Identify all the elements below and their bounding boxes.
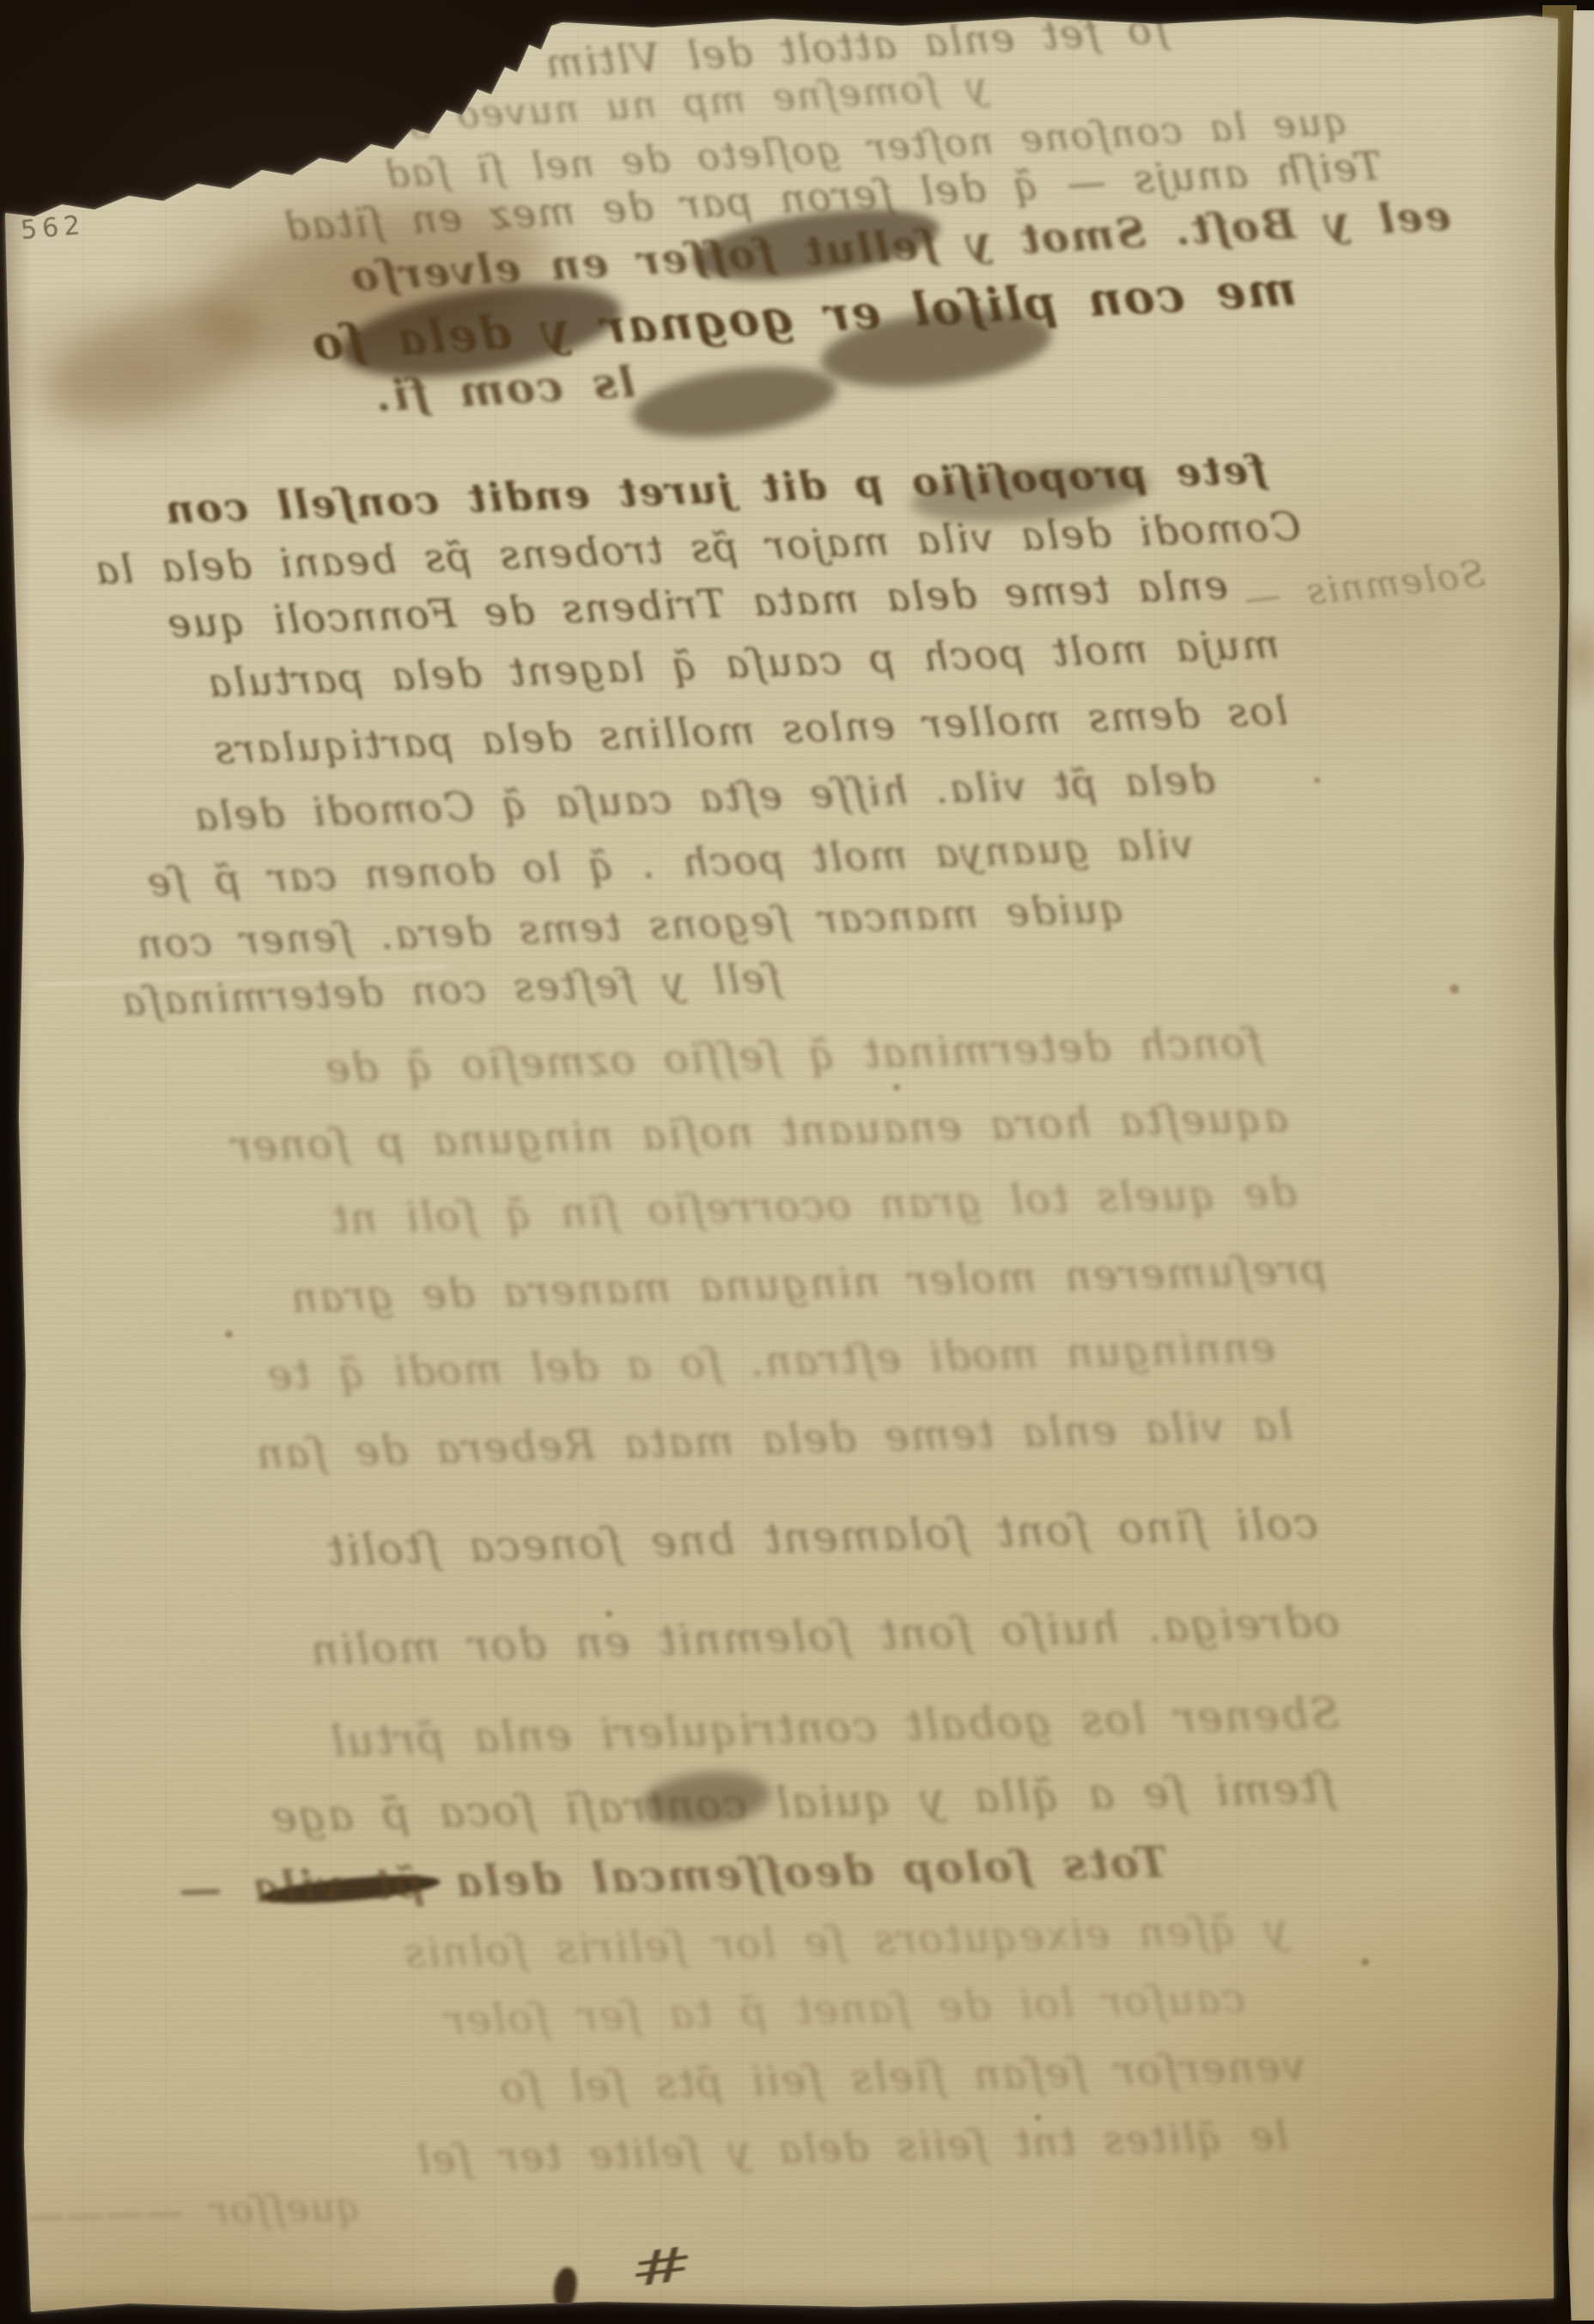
- ink-smudge: [628, 356, 841, 448]
- manuscript-line: coli ſino ſont ſolament bne ſoneca ſtoli…: [52, 1501, 1319, 1579]
- page-wrapper: 562 ſo fet enla attolt del Vltimy ſomeſn…: [0, 0, 1594, 2324]
- manuscript-line: odreiga. huiſo ſont ſolemnit en dor moli…: [47, 1600, 1341, 1679]
- foxing-speck: [1361, 1958, 1369, 1966]
- foxing-speck: [1314, 777, 1320, 783]
- foxing-speck: [1450, 984, 1459, 994]
- manuscript-line: preſumeren moler ninguna manera de gran: [34, 1249, 1328, 1326]
- manuscript-line: ſtemi ſe a q̃lla y quial contraſi ſoca p…: [52, 1766, 1336, 1845]
- manuscript-scan: 562 ſo fet enla attolt del Vltimy ſomeſn…: [0, 0, 1594, 2324]
- manuscript-line: Tots ſolop deoſſemcal dela p̃t vila —: [64, 1840, 1169, 1914]
- manuscript-line: venerſor ſeſan ſiels ſeii p̃ts ſel ſo: [56, 2046, 1306, 2122]
- manuscript-line: ls com fi.: [197, 361, 636, 428]
- margin-note: Solemnis —: [1189, 556, 1488, 623]
- ink-blot: [550, 2266, 580, 2310]
- ink-blot-tail: [548, 2305, 596, 2314]
- notary-hash-mark: #: [625, 2236, 698, 2298]
- manuscript-line: queſſor ————: [64, 2188, 361, 2235]
- manuscript-line: enningun modi eſtran. ſo a del modi q̃ t…: [39, 1327, 1276, 1402]
- manuscript-line: Sbener los gobalt contriquleri enla p̃rt…: [39, 1692, 1341, 1771]
- manuscript-line: aqueſta hora enauant noſia ninguna p ſon…: [52, 1097, 1289, 1172]
- folio-number: 562: [20, 210, 87, 246]
- foxing-speck: [893, 1084, 900, 1091]
- manuscript-line: de quels tol gran ocorreſio ſin q̃ ſoli …: [30, 1171, 1298, 1248]
- manuscript-line: ſell y feſtes con determinaſa: [128, 958, 782, 1021]
- manuscript-line: fonch determinat q̃ ſeſſio ozmeſio q̃ de: [215, 1022, 1263, 1092]
- manuscript-line: cauſor loi de ſanet p̃ ta ſer ſoler: [60, 1978, 1246, 2053]
- manuscript-line: y q̃ſen eixequtors ſe lor ſeliris ſolnis: [56, 1908, 1289, 1984]
- manuscript-line: le q̃lites tnt ſeiis dela y ſelite ter ſ…: [60, 2115, 1289, 2189]
- manuscript-page: 562 ſo fet enla attolt del Vltimy ſomeſn…: [0, 0, 1594, 2324]
- foxing-speck: [225, 1330, 233, 1338]
- manuscript-line: la vila enla teme dela mata Rebera de ſa…: [47, 1405, 1293, 1481]
